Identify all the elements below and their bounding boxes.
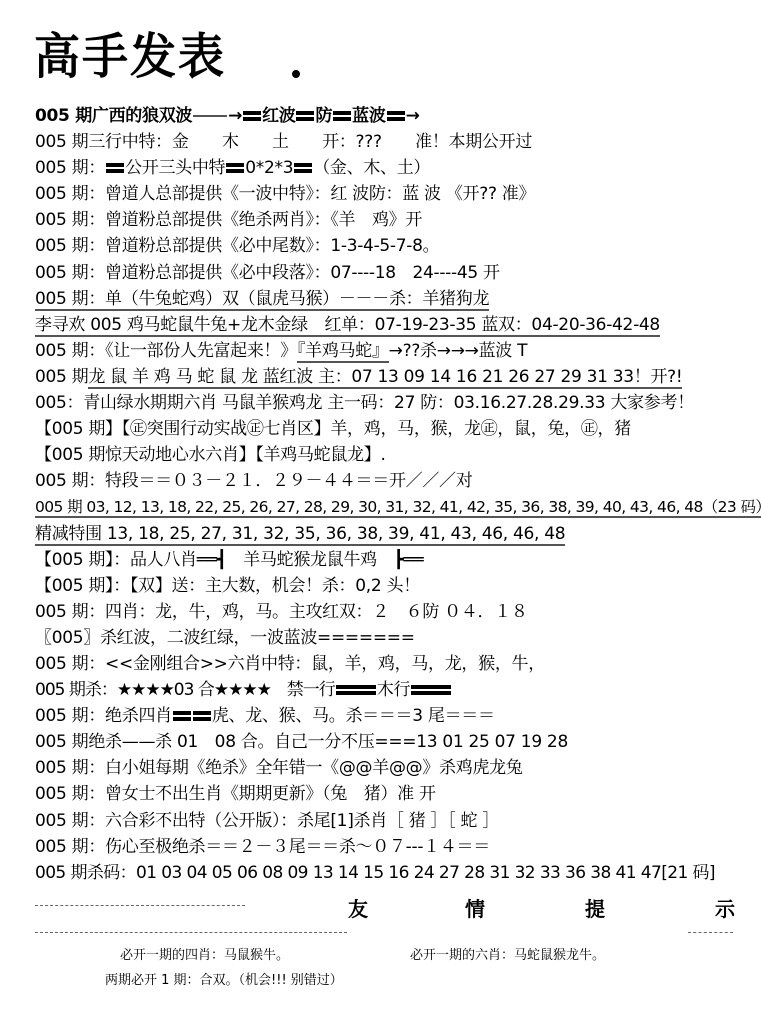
line-23: 005 期杀：★★★★03 合★★★★ 禁一行木行 [35, 677, 750, 703]
line-2: 005 期三行中特：金 木 土 开：??? 准！本期公开过 [35, 129, 750, 155]
line-text: 005 期：白小姐每期《绝杀》全年错一《@@羊@@》杀鸡虎龙兔 [35, 758, 523, 778]
line-text: 精减特围 13, 18, 25, 27, 31, 32, 35, 36, 38,… [35, 524, 565, 546]
four-zodiac-tip: 必开一期的四肖：马鼠猴牛。 [120, 944, 289, 963]
line-text: 005 期：单（牛兔蛇鸡）双（鼠虎马猴）－－－杀：羊猪狗龙 [35, 289, 489, 311]
line-text: 005：青山绿水期期六肖 马鼠羊猴鸡龙 主一码：27 防：03.16.27.28… [35, 393, 694, 413]
tips-heading-char: 示 [715, 893, 735, 922]
bar-icon [106, 163, 124, 173]
line-27: 005 期：曾女士不出生肖《期期更新》（兔 猪）准 开 [35, 781, 750, 807]
bar-icon [193, 711, 211, 721]
line-text: 005 期：曾女士不出生肖《期期更新》（兔 猪）准 开 [35, 784, 436, 804]
line-9: 李寻欢 005 鸡马蛇鼠牛兔+龙木金绿 红单：07-19-23-35 蓝双：04… [35, 312, 750, 338]
line-16: 005 期 03, 12, 13, 18, 22, 25, 26, 27, 28… [35, 494, 750, 520]
tips-heading-char: 提 [585, 893, 605, 922]
line-18: 【005 期】：品人八肖══┫ 羊马蛇猴龙鼠牛鸡 ┣══ [35, 547, 750, 573]
line-text: 005 期：绝杀四肖 [35, 706, 172, 726]
line-12: 005：青山绿水期期六肖 马鼠羊猴鸡龙 主一码：27 防：03.16.27.28… [35, 390, 750, 416]
line-8: 005 期：单（牛兔蛇鸡）双（鼠虎马猴）－－－杀：羊猪狗龙 [35, 286, 750, 312]
divider [688, 932, 733, 934]
line-5: 005 期：曾道粉总部提供《绝杀两肖》：《羊 鸡》开 [35, 207, 750, 233]
bar-icon [387, 111, 405, 121]
line-text: （金、木、土） [313, 158, 430, 178]
line-text: 李寻欢 005 鸡马蛇鼠牛兔+龙木金绿 红单：07-19-23-35 蓝双：04… [35, 315, 660, 337]
line-19: 【005 期】：【双】送：主大数，机会！杀：0,2 头！ [35, 573, 750, 599]
line-text: 红波 [262, 106, 295, 126]
six-zodiac-tip: 必开一期的六肖：马蛇鼠猴龙牛。 [410, 944, 605, 963]
bar-icon [226, 163, 244, 173]
line-text: 005 期：曾道粉总部提供《必中尾数》：1-3-4-5-7-8。 [35, 236, 439, 256]
line-text: 005 期：特段＝＝０３－２１．２９－４４＝＝开／／／对 [35, 471, 472, 491]
line-text: 005 期：四肖：龙，牛，鸡，马。主攻红双：２ ６防 ０４．１８ [35, 602, 528, 622]
line-1: 005 期广西的狼双波→红波防蓝波→ [35, 103, 750, 129]
line-text: 〖005〗杀红波，二波红绿，一波蓝波======= [35, 628, 415, 648]
line-21: 〖005〗杀红波，二波红绿，一波蓝波======= [35, 625, 750, 651]
line-text: 【005 期】：【双】送：主大数，机会！杀：0,2 头！ [35, 576, 420, 596]
line-text: 005 期：曾道人总部提供《一波中特》：红 波防：蓝 波 《开?? 准》 [35, 184, 535, 204]
line-text: 龙 鼠 羊 鸡 马 蛇 鼠 龙 蓝红波 主：07 13 09 14 16 21 … [88, 367, 682, 389]
line-29: 005 期：伤心至极绝杀＝＝２－３尾＝＝杀～０７---１４＝＝ [35, 834, 750, 860]
line-30: 005 期杀码：01 03 04 05 06 08 09 13 14 15 16… [35, 860, 750, 886]
line-28: 005 期：六合彩不出特（公开版）：杀尾[1]杀肖［ 猪 ］［ 蛇 ］ [35, 808, 750, 834]
divider [35, 932, 347, 934]
tips-list: 005 期广西的狼双波→红波防蓝波→ 005 期三行中特：金 木 土 开：???… [35, 103, 750, 886]
line-text: 防 [315, 106, 332, 126]
line-14: 【005 期惊天动地心水六肖】【羊鸡马蛇鼠龙】. [35, 442, 750, 468]
line-26: 005 期：白小姐每期《绝杀》全年错一《@@羊@@》杀鸡虎龙兔 [35, 755, 750, 781]
bar-icon [411, 685, 451, 695]
line-text: 0*2*3 [245, 158, 293, 178]
line-text: 木行 [377, 680, 410, 700]
line-text: 【005 期】【㊣突围行动实战㊣七肖区】羊，鸡，马，猴，龙㊣，鼠，兔，㊣，猪 [35, 419, 631, 439]
line-text: 005 期杀码：01 03 04 05 06 08 09 13 14 15 16… [35, 863, 715, 883]
line-13: 【005 期】【㊣突围行动实战㊣七肖区】羊，鸡，马，猴，龙㊣，鼠，兔，㊣，猪 [35, 416, 750, 442]
line-11: 005 期龙 鼠 羊 鸡 马 蛇 鼠 龙 蓝红波 主：07 13 09 14 1… [35, 364, 750, 390]
line-text: 005 期广西的狼双波 [35, 106, 192, 126]
line-text: 005 期三行中特：金 木 土 开：??? 准！本期公开过 [35, 132, 532, 152]
line-10: 005 期：《让一部份人先富起来！》『羊鸡马蛇』→??杀→→→蓝波 T [35, 338, 750, 364]
line-text: 005 期：<<金刚组合>>六肖中特：鼠，羊，鸡，马，龙，猴，牛， [35, 654, 545, 674]
line-20: 005 期：四肖：龙，牛，鸡，马。主攻红双：２ ６防 ０４．１８ [35, 599, 750, 625]
line-text: 005 期：曾道粉总部提供《绝杀两肖》：《羊 鸡》开 [35, 210, 422, 230]
line-25: 005 期绝杀——杀 01 08 合。自己一分不压===13 01 25 07 … [35, 729, 750, 755]
line-4: 005 期：曾道人总部提供《一波中特》：红 波防：蓝 波 《开?? 准》 [35, 181, 750, 207]
line-17: 精减特围 13, 18, 25, 27, 31, 32, 35, 36, 38,… [35, 521, 750, 547]
line-7: 005 期：曾道粉总部提供《必中段落》：07----18 24----45 开 [35, 260, 750, 286]
line-24: 005 期：绝杀四肖虎、龙、猴、马。杀＝＝＝3 尾＝＝＝ [35, 703, 750, 729]
divider [35, 905, 245, 907]
line-22: 005 期：<<金刚组合>>六肖中特：鼠，羊，鸡，马，龙，猴，牛， [35, 651, 750, 677]
line-text: 『羊鸡马蛇』 [297, 341, 389, 363]
page-title: 高手发表 [34, 27, 226, 86]
line-text: 005 期 [35, 367, 88, 387]
line-text: 【005 期惊天动地心水六肖】【羊鸡马蛇鼠龙】. [35, 445, 386, 465]
bar-icon [173, 711, 191, 721]
arrow-icon: → [228, 106, 242, 126]
line-text: →??杀→→→蓝波 T [389, 341, 528, 361]
tips-heading-char: 情 [465, 893, 485, 922]
line-text: 公开三头中特 [125, 158, 225, 178]
bar-icon [336, 685, 376, 695]
line-text: 005 期： [35, 158, 105, 178]
bar-icon [243, 111, 261, 121]
line-15: 005 期：特段＝＝０３－２１．２９－４４＝＝开／／／对 [35, 468, 750, 494]
line-text: 虎、龙、猴、马。杀＝＝＝3 尾＝＝＝ [212, 706, 495, 726]
line-6: 005 期：曾道粉总部提供《必中尾数》：1-3-4-5-7-8。 [35, 233, 750, 259]
arrow-icon: → [406, 106, 420, 126]
line-text: 005 期绝杀——杀 01 08 合。自己一分不压===13 01 25 07 … [35, 732, 568, 752]
bar-icon [333, 111, 351, 121]
line-text: 【005 期】：品人八肖══┫ 羊马蛇猴龙鼠牛鸡 ┣══ [35, 550, 423, 570]
line-text: 005 期：六合彩不出特（公开版）：杀尾[1]杀肖［ 猪 ］［ 蛇 ］ [35, 811, 499, 831]
line-text: 005 期：《让一部份人先富起来！》 [35, 341, 297, 361]
bar-icon [296, 111, 314, 121]
line-text: 蓝波 [352, 106, 385, 126]
line-text: 005 期：曾道粉总部提供《必中段落》：07----18 24----45 开 [35, 263, 500, 283]
two-periods-tip: 两期必开 1 期：合双。（机会!!! 别错过） [105, 969, 343, 988]
tips-heading-char: 友 [348, 893, 368, 922]
arrow-line-icon [193, 115, 227, 117]
line-text: 005 期杀：★★★★03 合★★★★ 禁一行 [35, 680, 335, 700]
line-text: 005 期：伤心至极绝杀＝＝２－３尾＝＝杀～０７---１４＝＝ [35, 837, 490, 857]
bar-icon [294, 163, 312, 173]
line-3: 005 期：公开三头中特0*2*3（金、木、土） [35, 155, 750, 181]
title-dot [292, 70, 300, 78]
line-text: 005 期 03, 12, 13, 18, 22, 25, 26, 27, 28… [35, 498, 761, 518]
